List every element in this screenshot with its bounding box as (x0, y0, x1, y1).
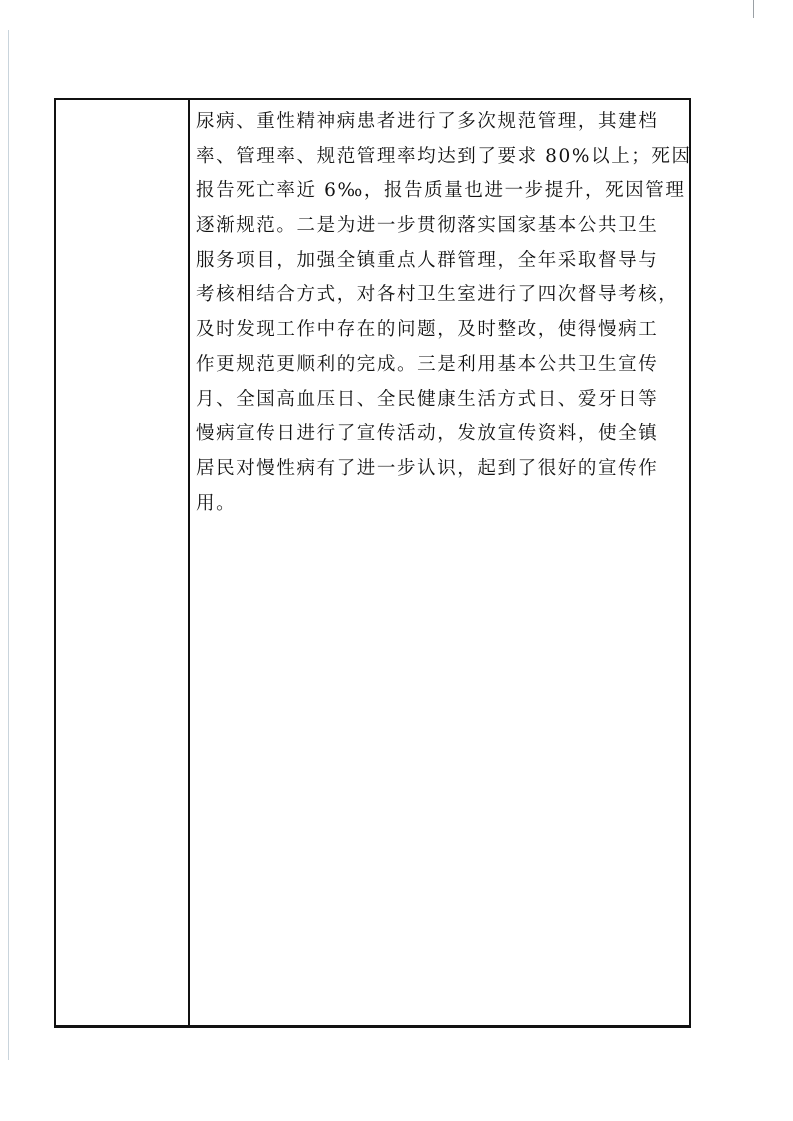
text-line: 率、管理率、规范管理率均达到了要求 80%以上；死因 (196, 140, 692, 175)
text-line: 考核相结合方式，对各村卫生室进行了四次督导考核， (196, 278, 692, 313)
text-line: 逐渐规范。二是为进一步贯彻落实国家基本公共卫生 (196, 209, 692, 244)
text-line: 服务项目，加强全镇重点人群管理，全年采取督导与 (196, 244, 692, 279)
scan-mark (753, 0, 754, 18)
text-line: 作更规范更顺利的完成。三是利用基本公共卫生宣传 (196, 348, 692, 383)
table-content-cell: 尿病、重性精神病患者进行了多次规范管理，其建档 率、管理率、规范管理率均达到了要… (196, 105, 692, 521)
report-table: 尿病、重性精神病患者进行了多次规范管理，其建档 率、管理率、规范管理率均达到了要… (54, 98, 691, 1028)
text-line: 用。 (196, 487, 692, 522)
text-line: 报告死亡率近 6‰，报告质量也进一步提升，死因管理 (196, 174, 692, 209)
text-line: 及时发现工作中存在的问题，及时整改，使得慢病工 (196, 313, 692, 348)
text-line: 慢病宣传日进行了宣传活动，发放宣传资料，使全镇 (196, 417, 692, 452)
column-divider (188, 100, 190, 1025)
text-line: 居民对慢性病有了进一步认识，起到了很好的宣传作 (196, 452, 692, 487)
text-line: 月、全国高血压日、全民健康生活方式日、爱牙日等 (196, 383, 692, 418)
text-line: 尿病、重性精神病患者进行了多次规范管理，其建档 (196, 105, 692, 140)
scan-edge-line (8, 30, 9, 1060)
